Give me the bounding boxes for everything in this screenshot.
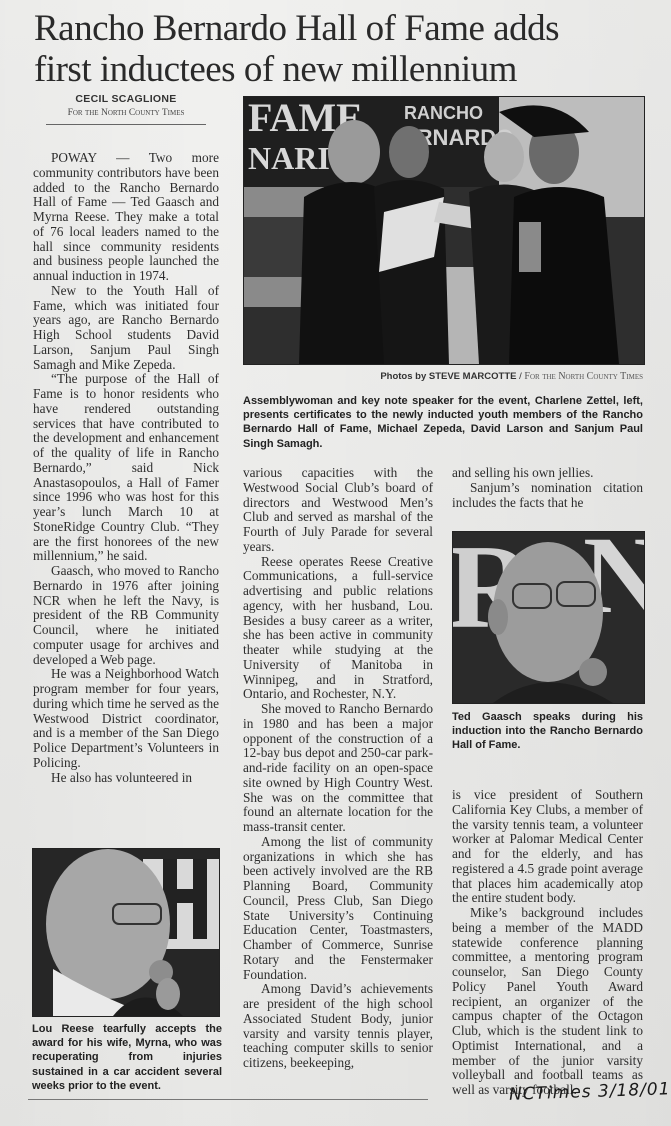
main-photo-caption: Assemblywoman and key note speaker for t… bbox=[243, 394, 643, 451]
credit-prefix: Photos by bbox=[380, 371, 426, 382]
photo-credit: Photos by STEVE MARCOTTE / For the North… bbox=[243, 371, 643, 382]
bottom-divider bbox=[28, 1099, 428, 1100]
lou-reese-caption: Lou Reese tearfully accepts the award fo… bbox=[32, 1022, 222, 1093]
byline-author: CECIL SCAGLIONE bbox=[33, 93, 219, 105]
article-headline: Rancho Bernardo Hall of Fame adds first … bbox=[34, 8, 594, 90]
paragraph: New to the Youth Hall of Fame, which was… bbox=[33, 284, 219, 373]
byline: CECIL SCAGLIONE For the North County Tim… bbox=[33, 93, 219, 125]
paragraph: He was a Neighborhood Watch program memb… bbox=[33, 667, 219, 770]
byline-divider bbox=[46, 124, 206, 125]
speaker-portrait-illustration bbox=[33, 849, 219, 1016]
paragraph: Among David’s achievements are president… bbox=[243, 982, 433, 1071]
paragraph: Gaasch, who moved to Rancho Bernardo in … bbox=[33, 564, 219, 667]
svg-text:RANCHO: RANCHO bbox=[404, 103, 483, 123]
paragraph: Sanjum’s nomination citation includes th… bbox=[452, 481, 643, 511]
headline-line-1: Rancho Bernardo Hall of Fame adds bbox=[34, 8, 559, 49]
paragraph: is vice president of Southern California… bbox=[452, 788, 643, 906]
article-column-3-bottom: is vice president of Southern California… bbox=[452, 788, 643, 1098]
paragraph: Mike’s background includes being a membe… bbox=[452, 906, 643, 1098]
ted-gaasch-photo: R N bbox=[452, 531, 645, 704]
photographer-name: STEVE MARCOTTE bbox=[429, 371, 517, 382]
credit-organization: For the North County Times bbox=[524, 371, 643, 382]
paragraph: She moved to Rancho Bernardo in 1980 and… bbox=[243, 702, 433, 835]
paragraph: Reese operates Reese Creative Communicat… bbox=[243, 555, 433, 703]
main-photo: FAME NARI RANCHO ERNARDO bbox=[243, 96, 645, 365]
article-column-1: POWAY — Two more community contributors … bbox=[33, 151, 219, 785]
handwritten-annotation: NCTimes 3/18/01 bbox=[509, 1079, 671, 1105]
article-column-2: various capacities with the Westwood Soc… bbox=[243, 466, 433, 1071]
byline-affiliation: For the North County Times bbox=[33, 108, 219, 118]
speaker-portrait-illustration: R N bbox=[453, 532, 644, 703]
headline-line-2: first inductees of new millennium bbox=[34, 49, 517, 90]
paragraph: POWAY — Two more community contributors … bbox=[33, 151, 219, 284]
svg-text:NARI: NARI bbox=[248, 140, 330, 176]
article-column-3-top: and selling his own jellies. Sanjum’s no… bbox=[452, 466, 643, 510]
ceremony-photo-illustration: FAME NARI RANCHO ERNARDO bbox=[244, 97, 644, 364]
credit-separator: / bbox=[519, 371, 522, 382]
ted-gaasch-caption: Ted Gaasch speaks during his induction i… bbox=[452, 710, 643, 753]
lou-reese-photo bbox=[32, 848, 220, 1017]
paragraph: and selling his own jellies. bbox=[452, 466, 643, 481]
paragraph: He also has volunteered in bbox=[33, 771, 219, 786]
paragraph: Among the list of community organization… bbox=[243, 835, 433, 983]
paragraph: “The purpose of the Hall of Fame is to h… bbox=[33, 372, 219, 564]
paragraph: various capacities with the Westwood Soc… bbox=[243, 466, 433, 555]
